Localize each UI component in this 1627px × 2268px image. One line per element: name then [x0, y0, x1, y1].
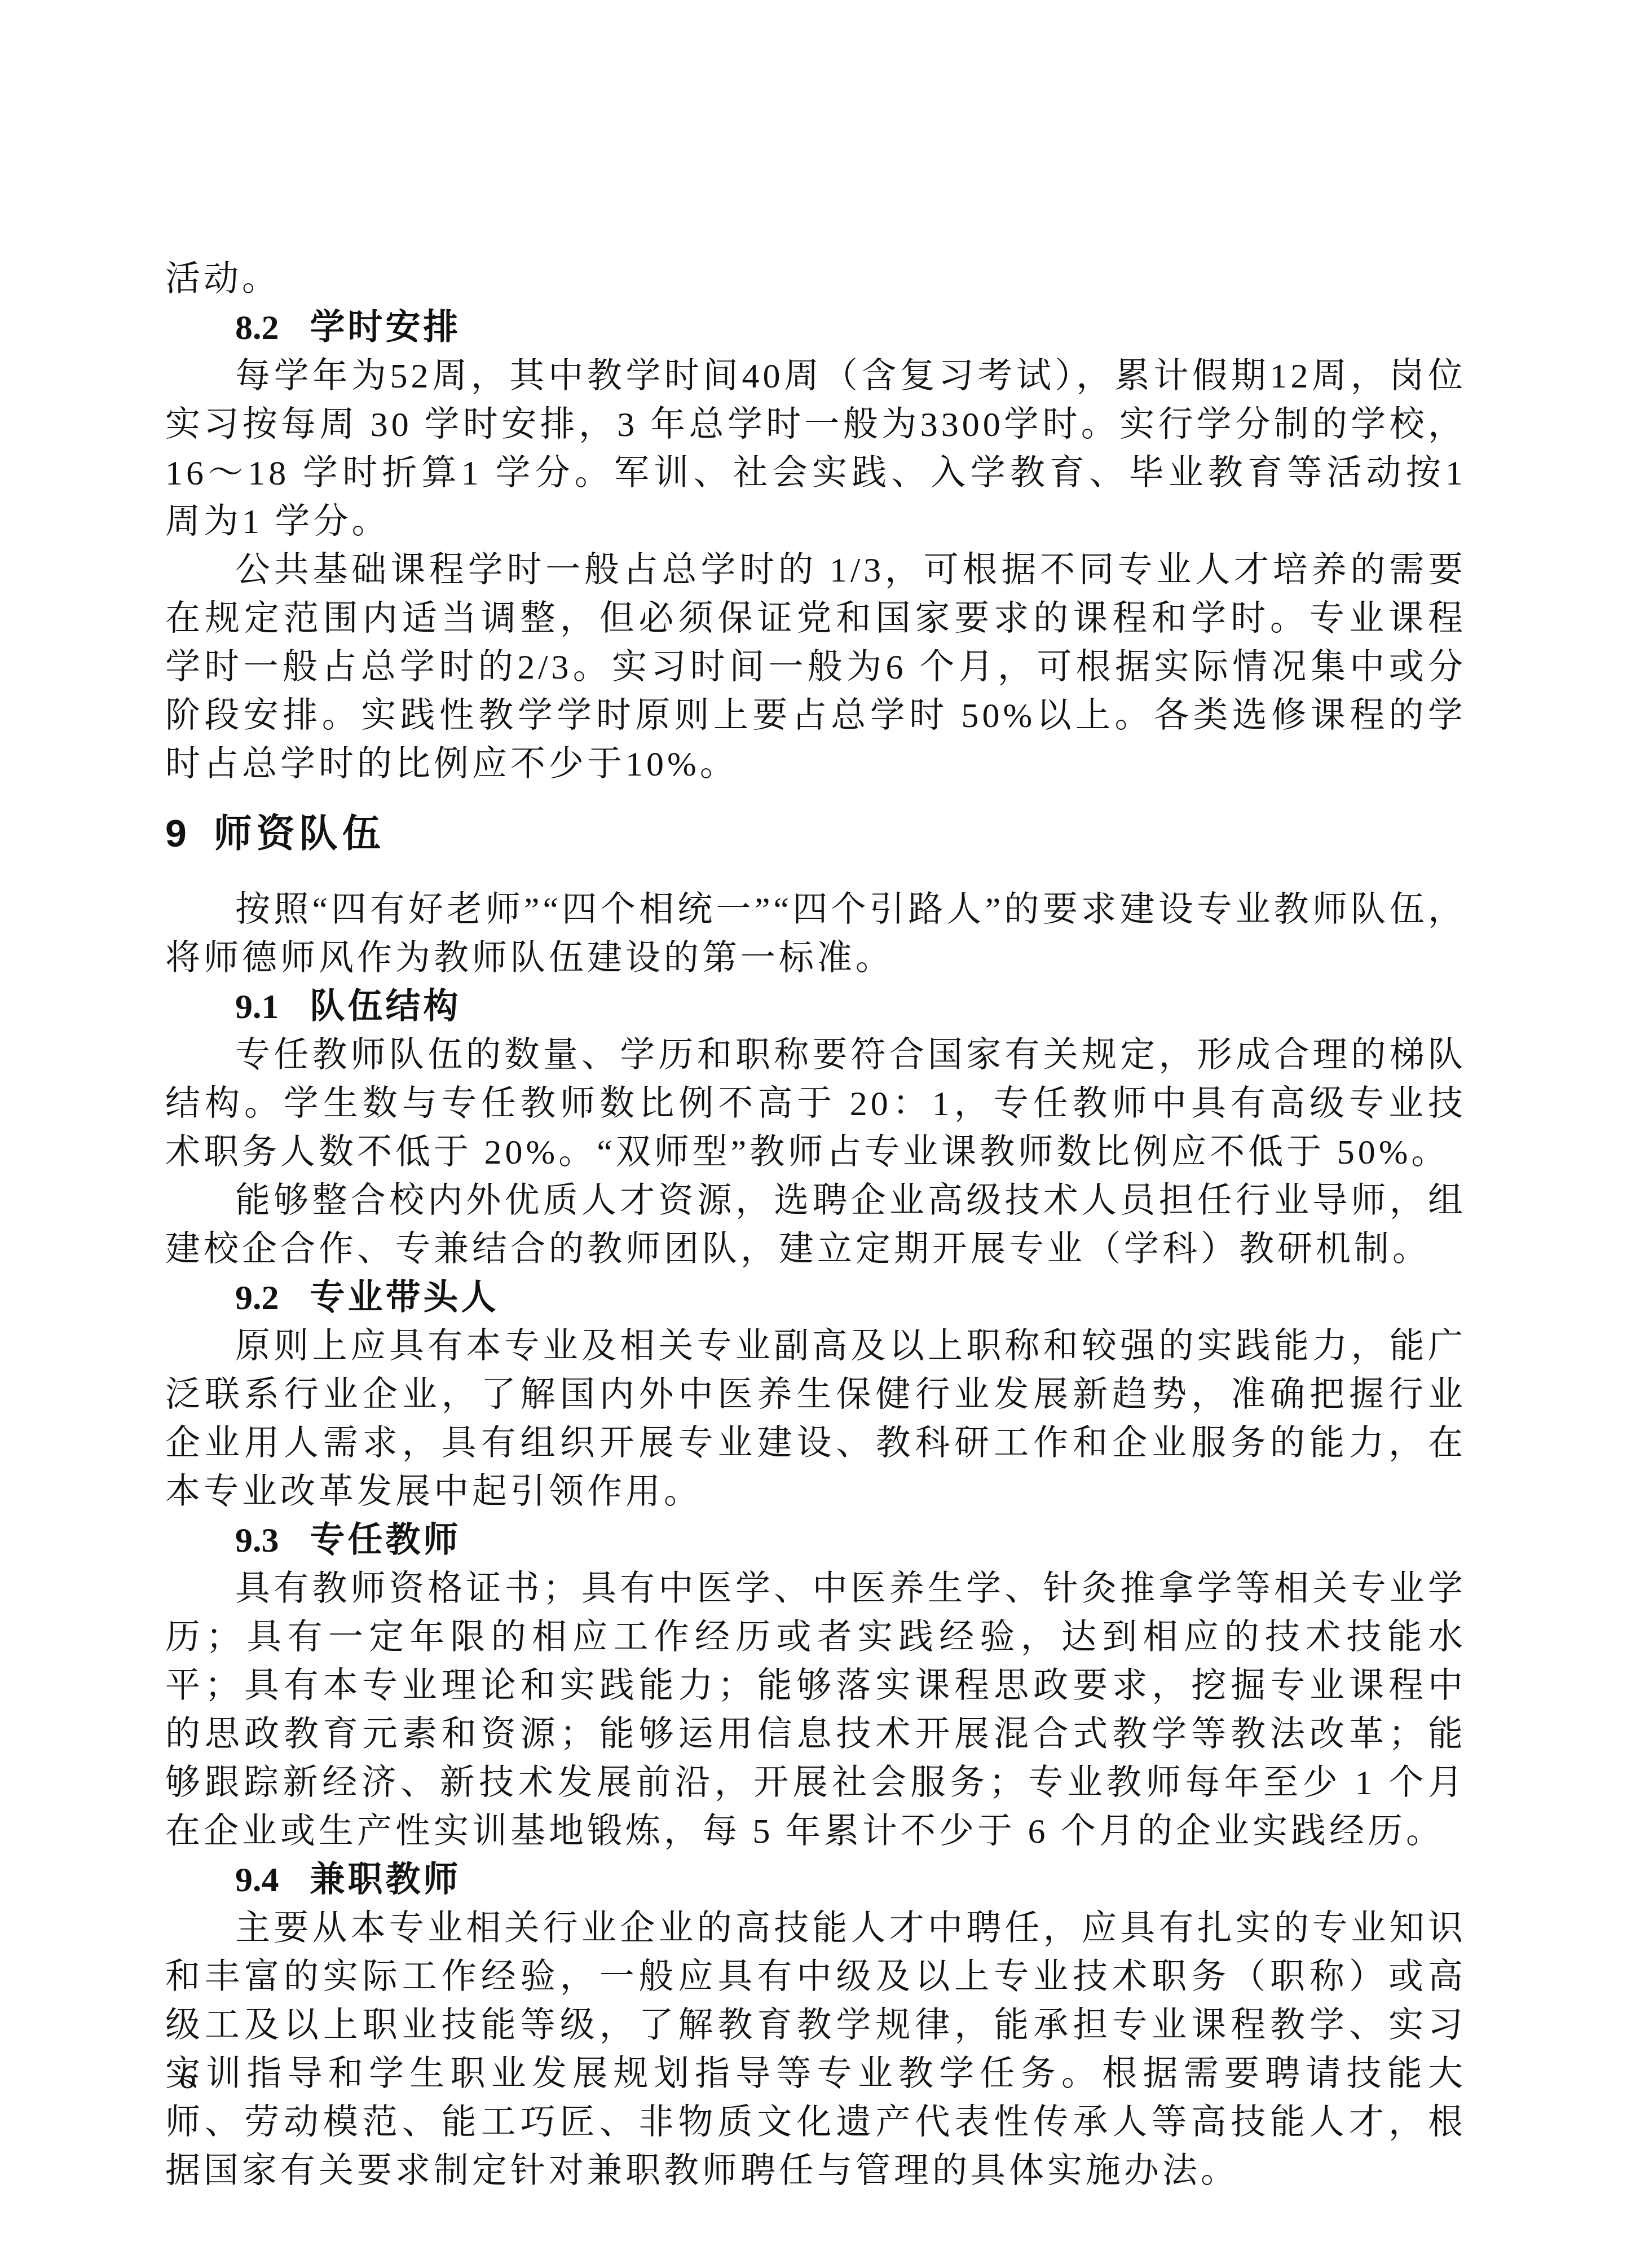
- sub-heading-number: 9.3: [235, 1521, 279, 1560]
- sub-heading-number: 9.1: [235, 988, 279, 1026]
- sub-heading-title: 专业带头人: [310, 1279, 499, 1317]
- sub-heading-title: 学时安排: [310, 309, 461, 347]
- paragraph-fulltime-teacher-requirements: 具有教师资格证书；具有中医学、中医养生学、针灸推拿学等相关专业学历；具有一定年限…: [165, 1565, 1466, 1856]
- page-number: 6: [179, 2060, 196, 2094]
- paragraph-teacher-team-principles: 按照“四有好老师”“四个相统一”“四个引路人”的要求建设专业教师队伍，将师德师风…: [165, 886, 1466, 983]
- paragraph-course-hour-ratios: 公共基础课程学时一般占总学时的 1/3，可根据不同专业人才培养的需要在规定范围内…: [165, 546, 1466, 789]
- paragraph-program-leader-requirements: 原则上应具有本专业及相关专业副高及以上职称和较强的实践能力，能广泛联系行业企业，…: [165, 1322, 1466, 1516]
- sub-heading-title: 兼职教师: [310, 1861, 461, 1899]
- document-text-block: 活动。 8.2学时安排 每学年为52周，其中教学时间40周（含复习考试），累计假…: [165, 255, 1466, 2195]
- sub-heading-number: 9.2: [235, 1279, 279, 1317]
- sub-heading-title: 专任教师: [310, 1521, 461, 1560]
- sub-heading-number: 8.2: [235, 309, 279, 347]
- sub-heading-title: 队伍结构: [310, 988, 461, 1026]
- section-heading-title: 师资队伍: [214, 812, 385, 855]
- sub-heading-9-4: 9.4兼职教师: [165, 1856, 1466, 1904]
- document-page: 活动。 8.2学时安排 每学年为52周，其中教学时间40周（含复习考试），累计假…: [0, 0, 1627, 2268]
- sub-heading-9-2: 9.2专业带头人: [165, 1274, 1466, 1322]
- sub-heading-9-3: 9.3专任教师: [165, 1516, 1466, 1565]
- sub-heading-8-2: 8.2学时安排: [165, 303, 1466, 352]
- paragraph-talent-resources: 能够整合校内外优质人才资源，选聘企业高级技术人员担任行业导师，组建校企合作、专兼…: [165, 1177, 1466, 1274]
- paragraph-parttime-teacher-requirements: 主要从本专业相关行业企业的高技能人才中聘任，应具有扎实的专业知识和丰富的实际工作…: [165, 1904, 1466, 2195]
- paragraph-study-hours: 每学年为52周，其中教学时间40周（含复习考试），累计假期12周，岗位实习按每周…: [165, 352, 1466, 546]
- sub-heading-9-1: 9.1队伍结构: [165, 983, 1466, 1031]
- paragraph-team-structure-ratios: 专任教师队伍的数量、学历和职称要符合国家有关规定，形成合理的梯队结构。学生数与专…: [165, 1031, 1466, 1177]
- sub-heading-number: 9.4: [235, 1861, 279, 1899]
- section-heading-number: 9: [165, 812, 187, 855]
- section-heading-9: 9师资队伍: [165, 805, 1466, 862]
- paragraph-continuation: 活动。: [165, 255, 1466, 303]
